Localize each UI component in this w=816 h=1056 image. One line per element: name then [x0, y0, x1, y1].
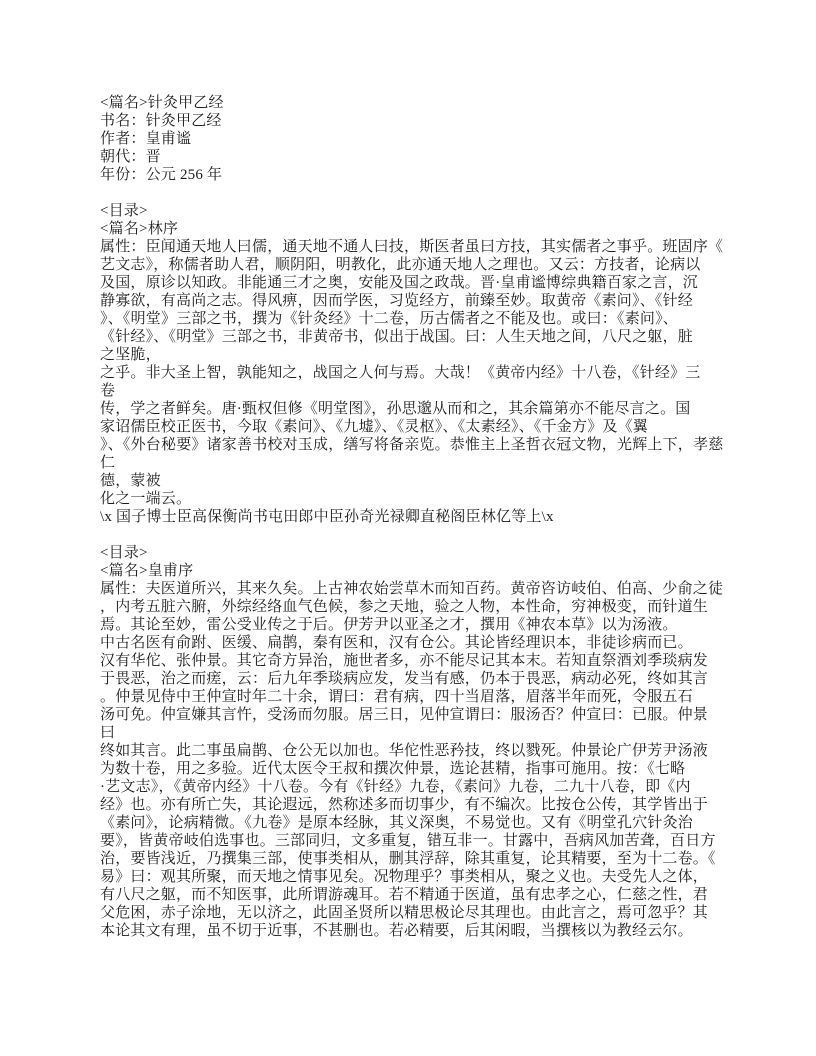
text-line: 汤可免。仲宣嫌其言忤，受汤而勿服。居三日，见仲宣谓曰：服汤否？仲宣曰：已服。仲景	[100, 706, 716, 724]
text-line: 卷	[100, 382, 716, 400]
text-line: 经》也。亦有所亡失，其论遐远，然称述多而切事少，有不编次。比按仓公传，其学皆出于	[100, 796, 716, 814]
text-line: <目录>	[100, 202, 716, 220]
text-line: 年份：公元 256 年	[100, 166, 716, 184]
text-line: 化之一端云。	[100, 490, 716, 508]
text-line: 及国，原诊以知政。非能通三才之奥，安能及国之政哉。晋·皇甫谧博综典籍百家之言，沉	[100, 274, 716, 292]
text-line: 属性：夫医道所兴，其来久矣。上古神农始尝草木而知百药。黄帝咨访岐伯、伯高、少俞之…	[100, 580, 716, 598]
text-line: 德，蒙被	[100, 472, 716, 490]
text-line: 传，学之者鲜矣。唐·甄权但修《明堂图》，孙思邈从而和之，其余篇第亦不能尽言之。国	[100, 400, 716, 418]
text-line: 要》，皆黄帝岐伯选事也。三部同归，文多重复，错互非一。甘露中，吾病风加苦聋，百日…	[100, 832, 716, 850]
text-line: 静寡欲，有高尚之志。得风痹，因而学医，习览经方，前臻至妙。取黄帝《素问》、《针经	[100, 292, 716, 310]
text-line: 有八尺之躯，而不知医事，此所谓游魂耳。若不精通于医道，虽有忠孝之心，仁慈之性，君	[100, 886, 716, 904]
document-text: <篇名>针灸甲乙经书名：针灸甲乙经作者：皇甫谧朝代：晋年份：公元 256 年 <…	[100, 94, 716, 940]
text-line: 父危困，赤子涂地，无以济之，此固圣贤所以精思极论尽其理也。由此言之，焉可忽乎？其	[100, 904, 716, 922]
text-line: 于畏恶，治之而瘥，云：后九年季琰病应发，发当有感，仍本于畏恶，病动必死，终如其言	[100, 670, 716, 688]
text-line: 《针经》、《明堂》三部之书，非黄帝书，似出于战国。曰：人生天地之间，八尺之躯，脏	[100, 328, 716, 346]
text-line: 。仲景见侍中王仲宣时年二十余，谓曰：君有病，四十当眉落，眉落半年而死，令服五石	[100, 688, 716, 706]
text-line: <篇名>皇甫序	[100, 562, 716, 580]
text-line: 治，要皆浅近，乃撰集三部，使事类相从，删其浮辞，除其重复，论其精要，至为十二卷。…	[100, 850, 716, 868]
text-line: 仁	[100, 454, 716, 472]
text-line: 《素问》，论病精微。《九卷》是原本经脉，其义深奥，不易觉也。又有《明堂孔穴针灸治	[100, 814, 716, 832]
text-line: 曰	[100, 724, 716, 742]
document-page: <篇名>针灸甲乙经书名：针灸甲乙经作者：皇甫谧朝代：晋年份：公元 256 年 <…	[0, 0, 816, 1056]
text-line: \x 国子博士臣高保衡尚书屯田郎中臣孙奇光禄卿直秘阁臣林亿等上\x	[100, 508, 716, 526]
text-line: 》、《外台秘要》诸家善书校对玉成，缮写将备亲览。恭惟主上圣哲衣冠文物，光辉上下，…	[100, 436, 716, 454]
text-line: 》、《明堂》三部之书，撰为《针灸经》十二卷，历古儒者之不能及也。或曰：《素问》、	[100, 310, 716, 328]
text-line: 作者：皇甫谧	[100, 130, 716, 148]
text-line: 汉有华佗、张仲景。其它奇方异治，施世者多，亦不能尽记其本末。若知直祭酒刘季琰病发	[100, 652, 716, 670]
text-line: 艺文志》，称儒者助人君，顺阴阳，明教化，此亦通天地人之理也。又云：方技者，论病以	[100, 256, 716, 274]
text-line: 为数十卷，用之多验。近代太医令王叔和撰次仲景，选论甚精，指事可施用。按：《七略	[100, 760, 716, 778]
text-line: ，内考五脏六腑，外综经络血气色候，参之天地，验之人物，本性命，穷神极变，而针道生	[100, 598, 716, 616]
text-line: 中古名医有俞跗、医缓、扁鹊，秦有医和，汉有仓公。其论皆经理识本，非徒诊病而已。	[100, 634, 716, 652]
text-line: ·艺文志》，《黄帝内经》十八卷。今有《针经》九卷，《素问》九卷，二九十八卷，即《…	[100, 778, 716, 796]
text-line: <篇名>针灸甲乙经	[100, 94, 716, 112]
text-line: <篇名>林序	[100, 220, 716, 238]
text-line: 书名：针灸甲乙经	[100, 112, 716, 130]
text-line: 之乎。非大圣上智，孰能知之，战国之人何与焉。大哉！《黄帝内经》十八卷，《针经》三	[100, 364, 716, 382]
text-line: 之坚脆，	[100, 346, 716, 364]
text-line	[100, 526, 716, 544]
text-line: 焉。其论至妙，雷公受业传之于后。伊芳尹以亚圣之才，撰用《神农本草》以为汤液。	[100, 616, 716, 634]
text-line: 易》曰：观其所聚，而天地之情事见矣。况物理乎？事类相从，聚之义也。夫受先人之体，	[100, 868, 716, 886]
text-line: 属性：臣闻通天地人曰儒，通天地不通人曰技，斯医者虽曰方技，其实儒者之事乎。班固序…	[100, 238, 716, 256]
text-line: 家诏儒臣校正医书，今取《素问》、《九墟》、《灵枢》、《太素经》、《千金方》及《翼	[100, 418, 716, 436]
text-line: 终如其言。此二事虽扁鹊、仓公无以加也。华佗性恶矜技，终以戮死。仲景论广伊芳尹汤液	[100, 742, 716, 760]
text-line: 朝代：晋	[100, 148, 716, 166]
text-line	[100, 184, 716, 202]
text-line: 本论其文有理，虽不切于近事，不甚删也。若必精要，后其闲暇，当撰核以为教经云尔。	[100, 922, 716, 940]
text-line: <目录>	[100, 544, 716, 562]
